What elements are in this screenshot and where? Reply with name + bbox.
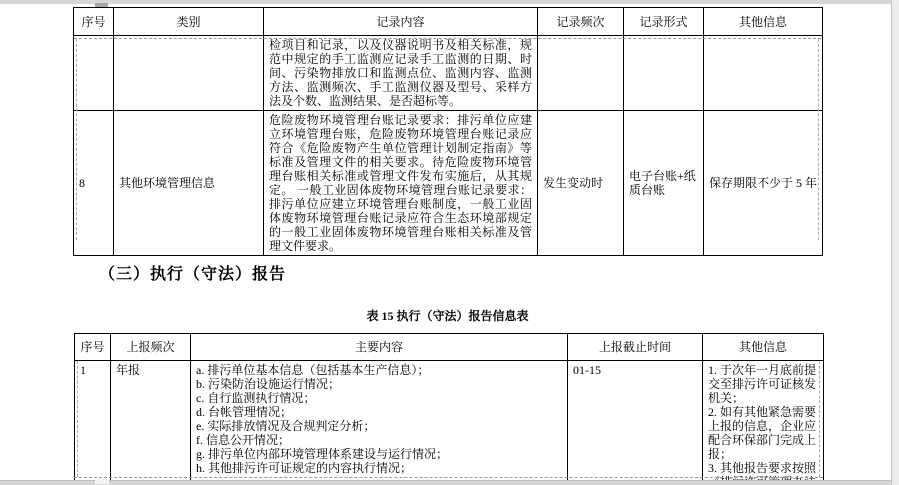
dashed-line-record-left — [76, 39, 77, 240]
dashed-line-report-bottom-cut — [74, 477, 823, 478]
record-cell-no — [74, 36, 114, 111]
ruler-margin-marker-bottom — [95, 479, 109, 484]
record-cell-content: 检项目和记录，以及仪器说明书及相关标准，规范中规定的手工监测应记录手工监测的日期… — [264, 36, 538, 111]
record-col-header-frequency: 记录频次 — [538, 8, 624, 36]
record-cell-form — [624, 36, 704, 111]
section-heading: （三）执行（守法）报告 — [99, 261, 286, 284]
window-top-strip — [0, 0, 899, 4]
report-cell-other: 1. 于次年一月底前提交至排污许可证核发机关； 2. 如有其他紧急需要上报的信息… — [703, 361, 824, 485]
record-col-header-other: 其他信息 — [704, 8, 823, 36]
record-col-header-no: 序号 — [74, 8, 114, 36]
report-info-table: 序号 上报频次 主要内容 上报截止时间 其他信息 1 年报 a. 排污单位基本信… — [74, 333, 824, 485]
window-bottom-strip — [0, 480, 899, 485]
record-col-header-content: 记录内容 — [264, 8, 538, 36]
dashed-line-report-left — [77, 361, 78, 477]
document-page: 序号 类别 记录内容 记录频次 记录形式 其他信息 检项目和记录，以及仪器说明书… — [0, 0, 899, 485]
record-cell-content: 危险废物环境管理台账记录要求：排污单位应建立环境管理台账，危险废物环境管理台账记… — [264, 111, 538, 256]
record-col-header-category: 类别 — [114, 8, 264, 36]
report-col-header-other: 其他信息 — [703, 334, 824, 361]
record-row-continued: 检项目和记录，以及仪器说明书及相关标准，规范中规定的手工监测应记录手工监测的日期… — [74, 36, 823, 111]
report-col-header-deadline: 上报截止时间 — [568, 334, 703, 361]
report-cell-content: a. 排污单位基本信息（包括基本生产信息）； b. 污染防治设施运行情况； c.… — [191, 361, 568, 485]
dashed-line-report-right — [819, 361, 820, 477]
report-cell-frequency: 年报 — [111, 361, 191, 485]
record-cell-form: 电子台账+纸质台账 — [624, 111, 704, 256]
report-row-1: 1 年报 a. 排污单位基本信息（包括基本生产信息）； b. 污染防治设施运行情… — [75, 361, 824, 485]
record-cell-other: 保存期限不少于 5 年 — [704, 111, 823, 256]
report-col-header-frequency: 上报频次 — [111, 334, 191, 361]
dashed-line-under-record-header — [74, 38, 821, 39]
report-col-header-content: 主要内容 — [191, 334, 568, 361]
record-col-header-form: 记录形式 — [624, 8, 704, 36]
record-row-8: 8 其他环境管理信息 危险废物环境管理台账记录要求：排污单位应建立环境管理台账，… — [74, 111, 823, 256]
record-table-header-row: 序号 类别 记录内容 记录频次 记录形式 其他信息 — [74, 8, 823, 36]
report-cell-deadline: 01-15 — [568, 361, 703, 485]
record-cell-category — [114, 36, 264, 111]
record-cell-other — [704, 36, 823, 111]
record-cell-category: 其他环境管理信息 — [114, 111, 264, 256]
record-cell-frequency — [538, 36, 624, 111]
report-col-header-no: 序号 — [75, 334, 111, 361]
record-cell-frequency: 发生变动时 — [538, 111, 624, 256]
report-table-header-row: 序号 上报频次 主要内容 上报截止时间 其他信息 — [75, 334, 824, 361]
window-right-strip[interactable] — [891, 0, 899, 485]
dashed-line-record-right — [818, 39, 819, 240]
report-cell-no: 1 — [75, 361, 111, 485]
record-info-table: 序号 类别 记录内容 记录频次 记录形式 其他信息 检项目和记录，以及仪器说明书… — [73, 7, 823, 256]
table-caption: 表 15 执行（守法）报告信息表 — [73, 307, 822, 324]
record-cell-no: 8 — [74, 111, 114, 256]
